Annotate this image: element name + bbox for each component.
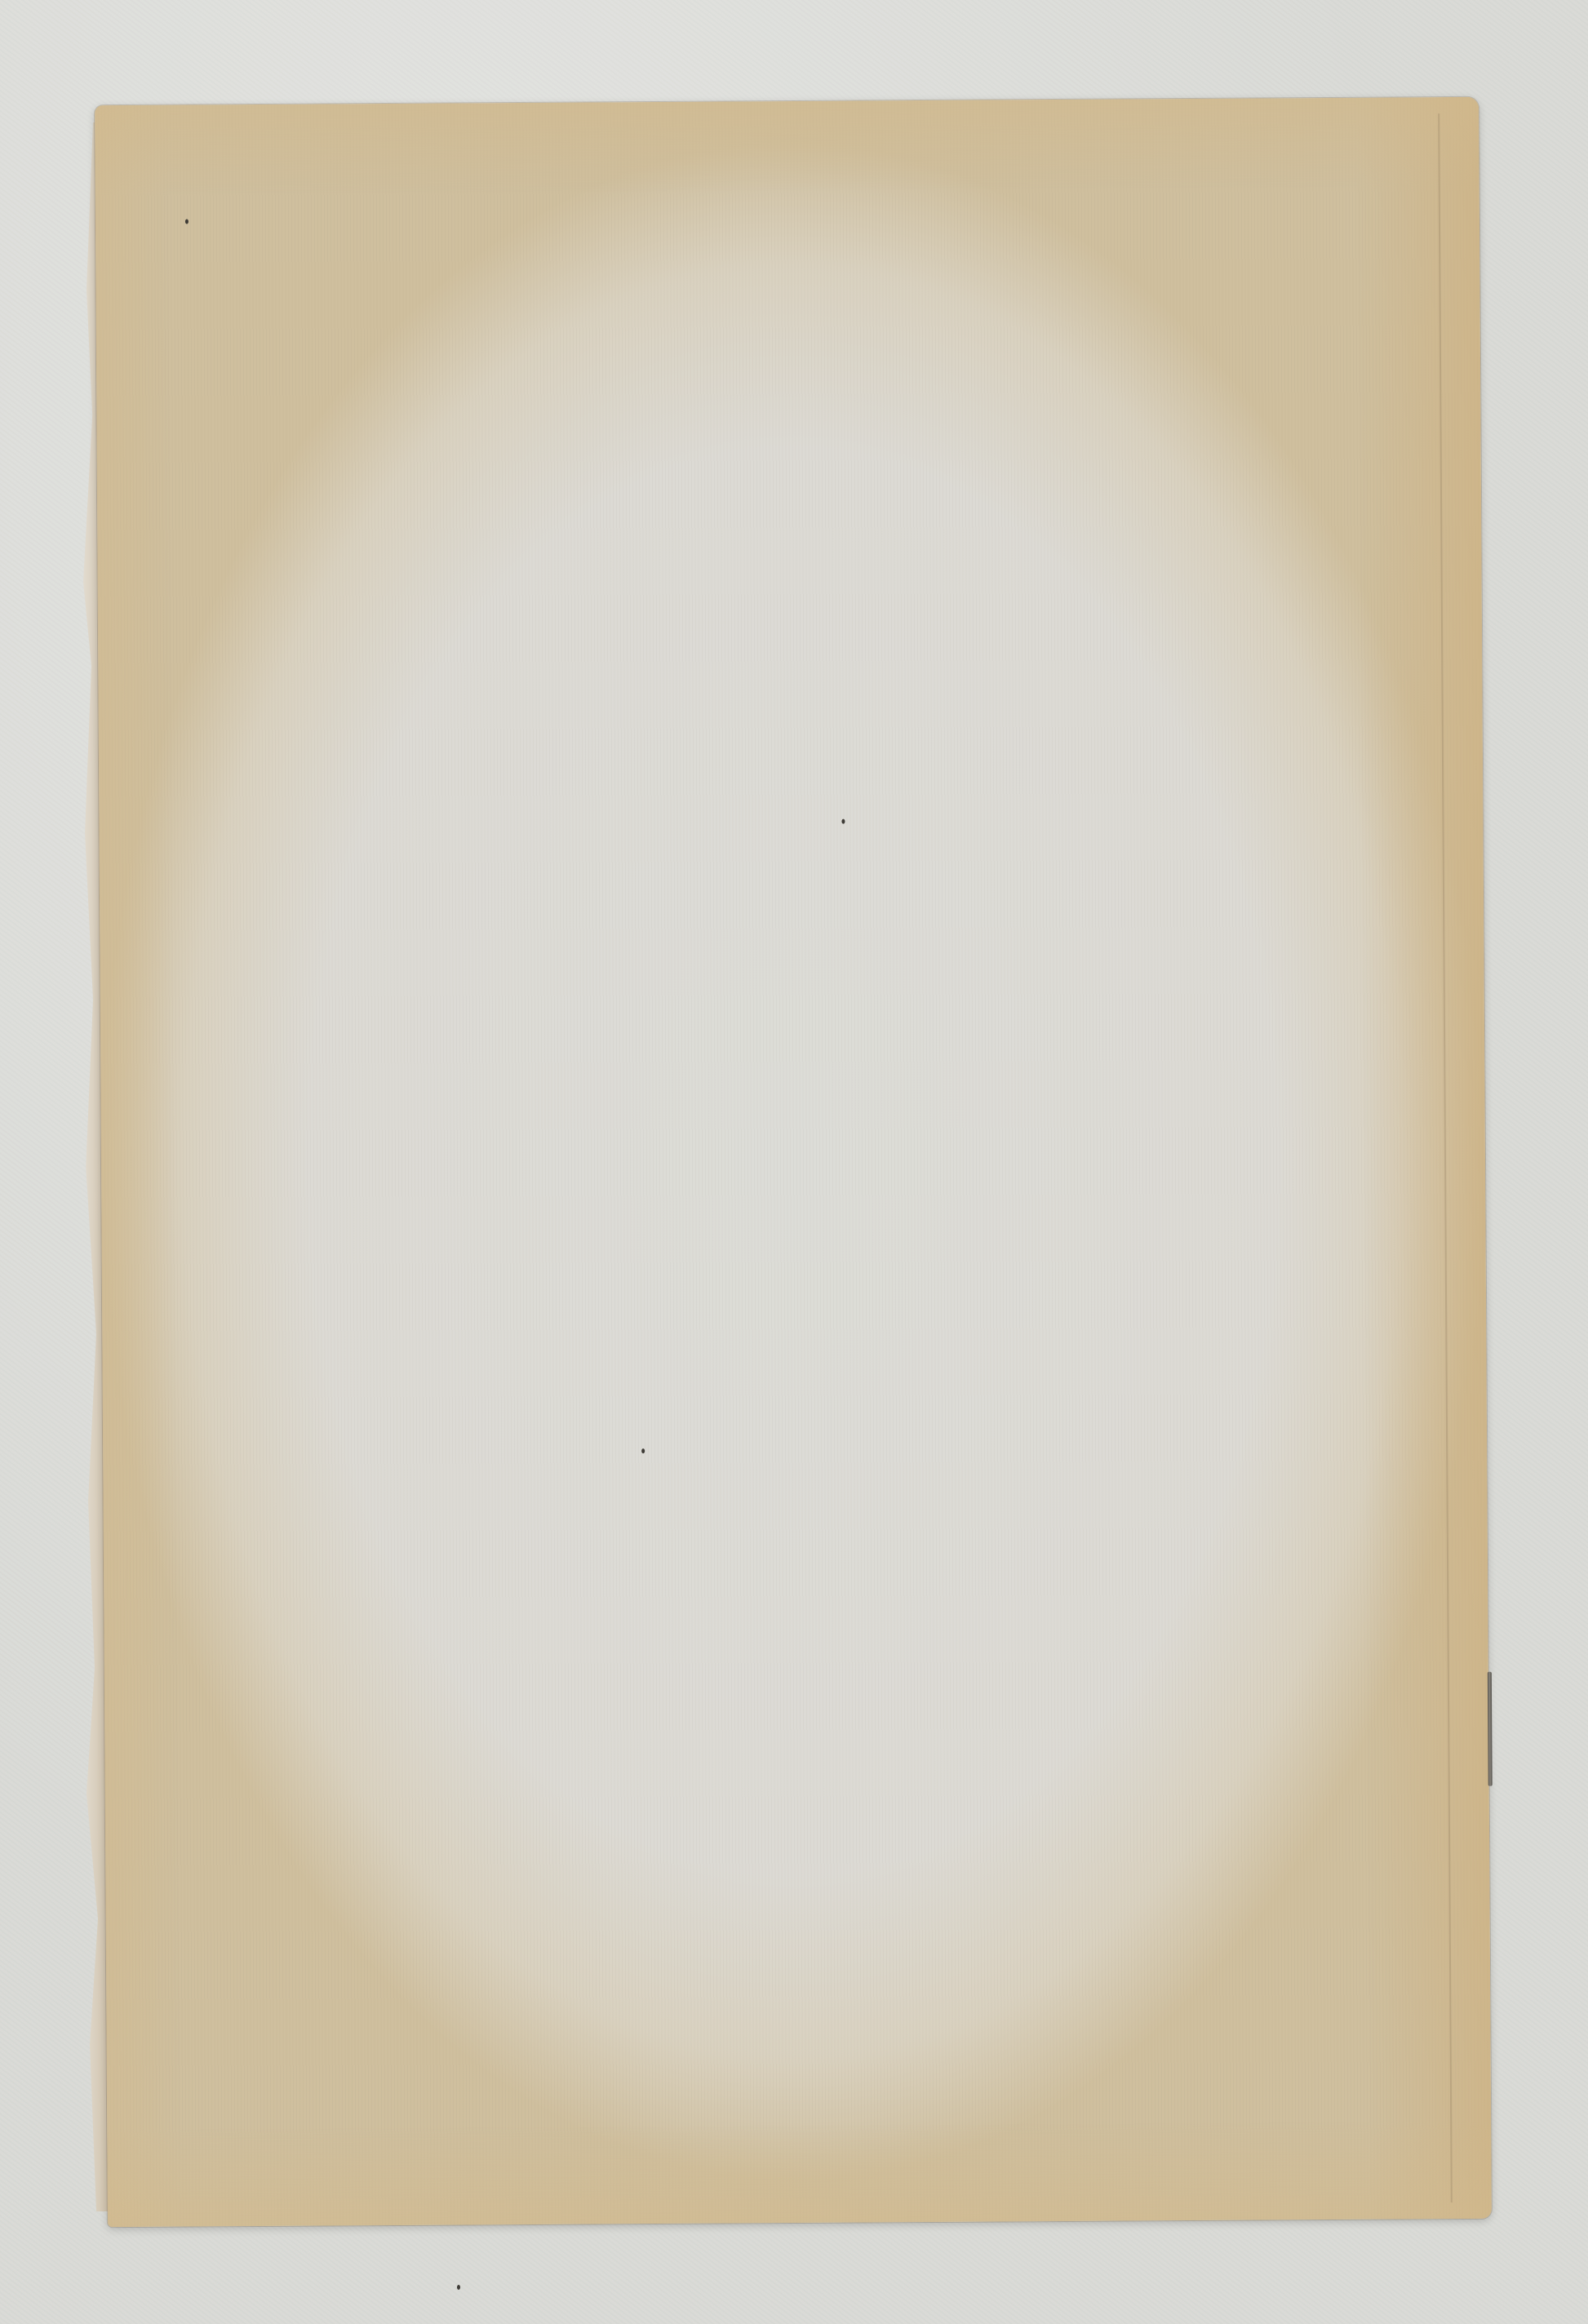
sun-toned-border bbox=[95, 97, 1492, 2227]
booklet-back-cover bbox=[95, 97, 1492, 2227]
paper-speck bbox=[841, 819, 845, 824]
spine-fold-line bbox=[1438, 113, 1453, 2202]
staple-icon bbox=[1488, 1672, 1493, 1786]
paper-speck bbox=[185, 220, 189, 224]
paper-speck bbox=[641, 1448, 645, 1453]
surface-speck bbox=[457, 2285, 460, 2290]
